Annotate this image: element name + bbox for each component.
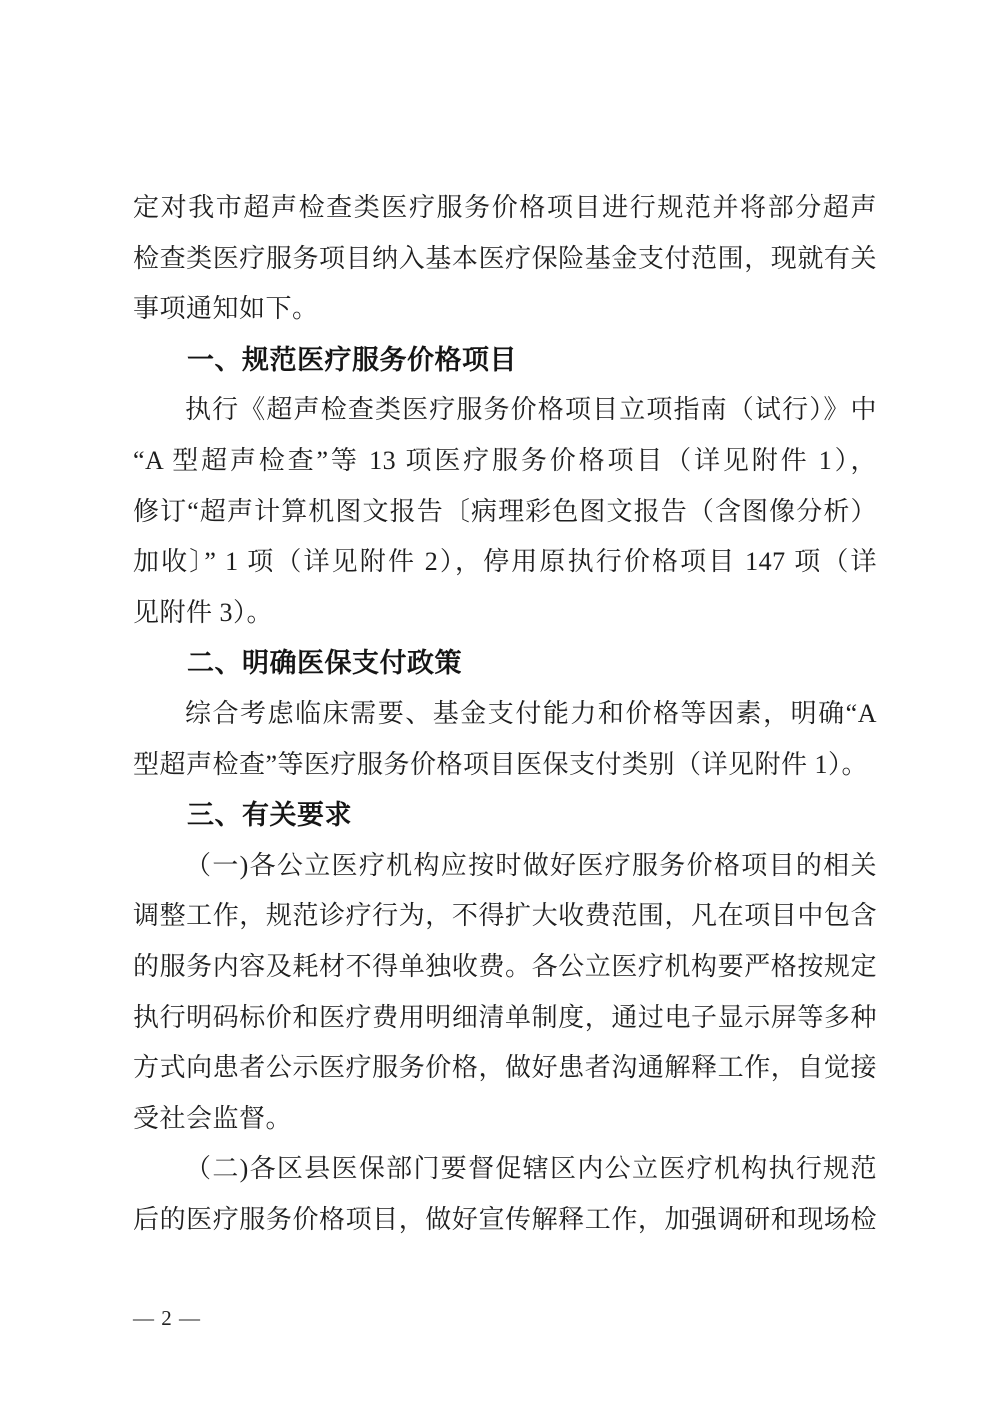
body-line: 事项通知如下。 [133,284,877,335]
body-line: 执行《超声检查类医疗服务价格项目立项指南（试行）》中 [133,385,877,436]
body-line: 综合考虑临床需要、基金支付能力和价格等因素，明确“A [133,689,877,740]
body-line: 方式向患者公示医疗服务价格，做好患者沟通解释工作，自觉接 [133,1043,877,1094]
body-line: 检查类医疗服务项目纳入基本医疗保险基金支付范围，现就有关 [133,234,877,285]
body-line: 后的医疗服务价格项目，做好宣传解释工作，加强调研和现场检 [133,1195,877,1246]
body-line: （二)各区县医保部门要督促辖区内公立医疗机构执行规范 [133,1144,877,1195]
body-line: 的服务内容及耗材不得单独收费。各公立医疗机构要严格按规定 [133,942,877,993]
section-heading-3: 三、有关要求 [133,790,877,841]
body-line: （一)各公立医疗机构应按时做好医疗服务价格项目的相关 [133,841,877,892]
section-heading-1: 一、规范医疗服务价格项目 [133,335,877,386]
document-page: 定对我市超声检查类医疗服务价格项目进行规范并将部分超声 检查类医疗服务项目纳入基… [0,0,1000,1414]
body-line: “A 型超声检查”等 13 项医疗服务价格项目（详见附件 1）， [133,436,877,487]
page-number: — 2 — [133,1306,201,1331]
body-line: 型超声检查”等医疗服务价格项目医保支付类别（详见附件 1）。 [133,740,877,791]
body-line: 修订“超声计算机图文报告〔病理彩色图文报告（含图像分析） [133,487,877,538]
body-line: 执行明码标价和医疗费用明细清单制度，通过电子显示屏等多种 [133,993,877,1044]
body-line: 调整工作，规范诊疗行为，不得扩大收费范围，凡在项目中包含 [133,891,877,942]
document-body: 定对我市超声检查类医疗服务价格项目进行规范并将部分超声 检查类医疗服务项目纳入基… [133,183,877,1245]
body-line: 见附件 3）。 [133,588,877,639]
body-line: 加收〕” 1 项（详见附件 2），停用原执行价格项目 147 项（详 [133,537,877,588]
section-heading-2: 二、明确医保支付政策 [133,638,877,689]
body-line: 受社会监督。 [133,1094,877,1145]
body-line: 定对我市超声检查类医疗服务价格项目进行规范并将部分超声 [133,183,877,234]
